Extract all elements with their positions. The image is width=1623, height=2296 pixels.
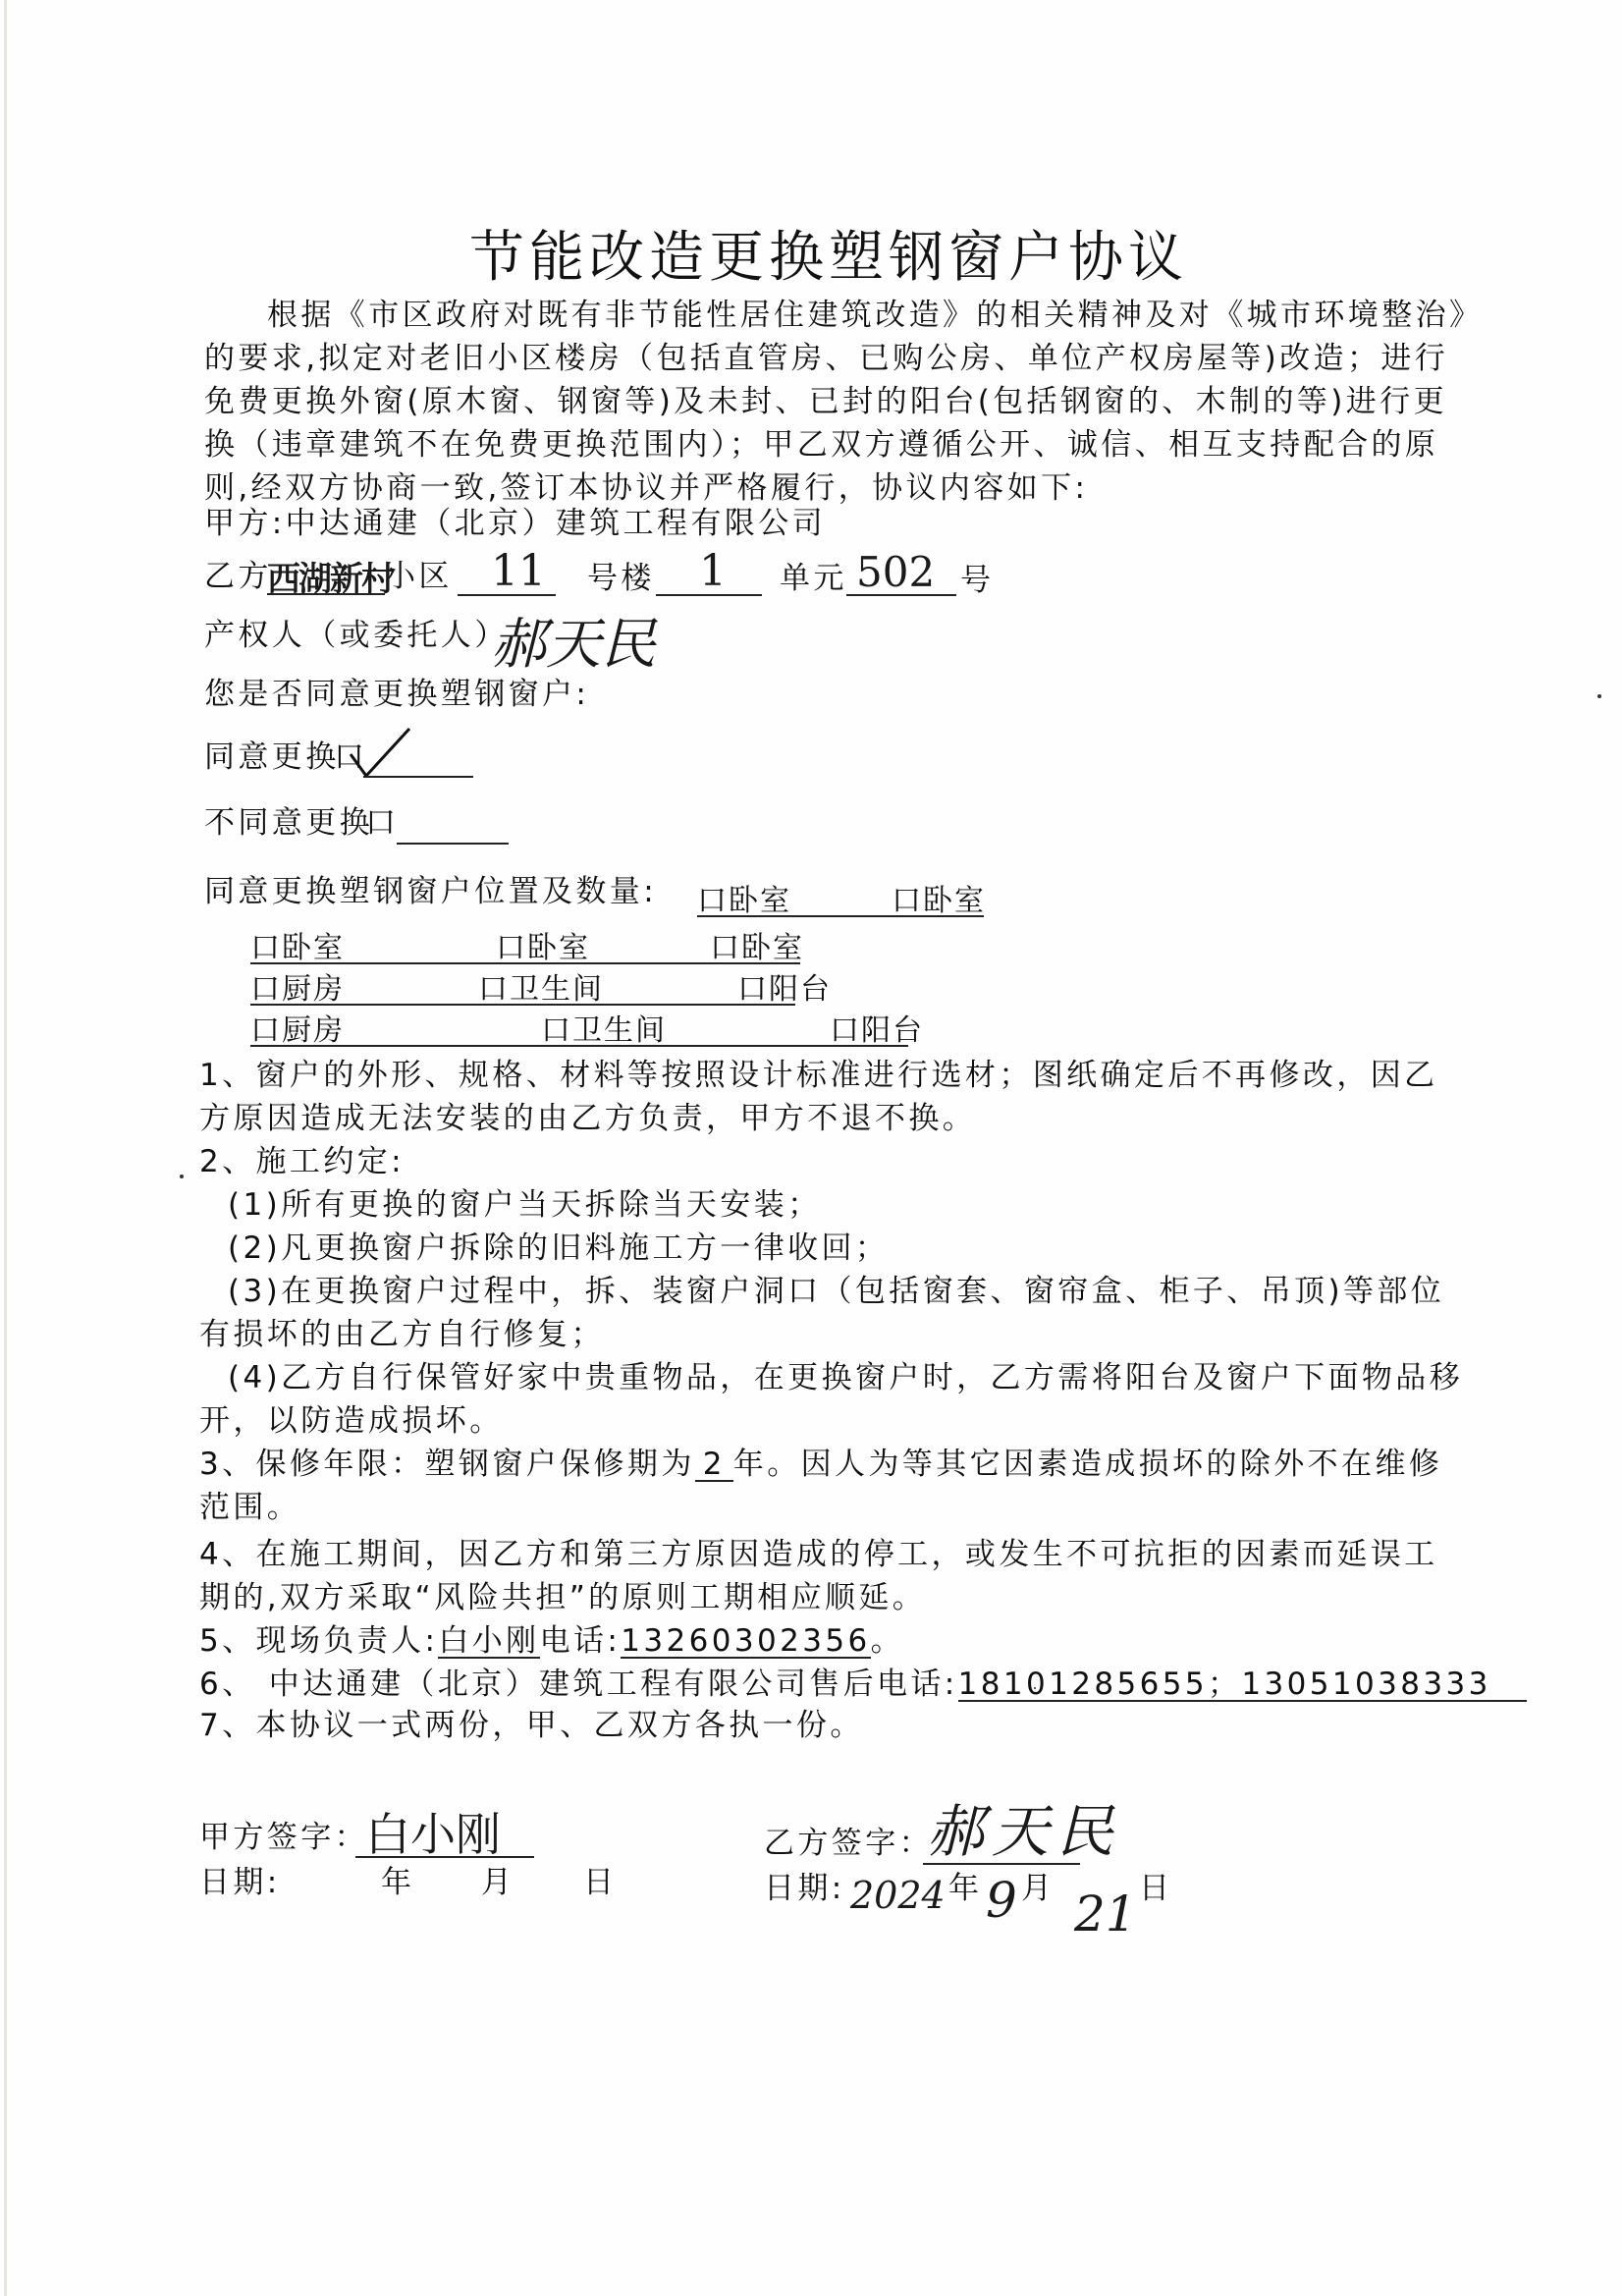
community-underline: [267, 593, 385, 595]
party-a-sign-label: 甲方签字：: [199, 1823, 368, 1853]
party-b-signature[interactable]: 郝天民: [927, 1785, 1121, 1868]
party-a-label: 甲方:: [204, 506, 286, 541]
clause-2-item-3-line-2: 有损坏的由乙方自行修复；: [199, 1320, 605, 1350]
scan-edge: [4, 0, 7, 2296]
scan-speck: [1034, 1687, 1036, 1689]
location-bedroom-option[interactable]: 口卧室: [710, 923, 804, 966]
site-manager-phone: 13260302356: [621, 1626, 870, 1659]
clause-2-item-2: (2)凡更换窗户拆除的旧料施工方一律收回；: [228, 1233, 889, 1264]
clause-2-item-3-line-1: (3)在更换窗户过程中，拆、装窗户洞口（包括窗套、窗帘盒、柜子、吊顶)等部位: [228, 1277, 1444, 1307]
after-sales-phones: 18101285655；13051038333: [958, 1669, 1527, 1702]
party-a-date-label: 日期:: [199, 1868, 281, 1898]
room-suffix: 号: [960, 566, 994, 596]
clause-5-end: 。: [871, 1623, 904, 1659]
clause-1-line-1: 1、窗户的外形、规格、材料等按照设计标准进行选材；图纸确定后不再修改，因乙: [199, 1061, 1438, 1091]
party-b-sign-label: 乙方签字：: [764, 1829, 933, 1859]
clause-1-line-2: 方原因造成无法安装的由乙方负责，甲方不退不换。: [199, 1104, 976, 1134]
party-a-signature[interactable]: 白小刚: [365, 1799, 501, 1864]
party-a-name: 中达通建（北京）建筑工程有限公司: [286, 506, 826, 541]
disagree-checkbox[interactable]: 口: [365, 808, 399, 839]
clause-5-phone-label: 电话:: [540, 1623, 622, 1659]
room-number-field[interactable]: 502: [856, 548, 935, 596]
disagree-label: 不同意更换: [204, 808, 373, 839]
location-kitchen-option[interactable]: 口厨房: [250, 964, 345, 1008]
owner-label: 产权人（或委托人）: [204, 621, 509, 651]
intro-line-1: 根据《市区政府对既有非节能性居住建筑改造》的相关精神及对《城市环境整治》: [267, 301, 1483, 331]
community-suffix: 小区: [385, 562, 453, 592]
clause-2-item-4-line-2: 开，以防造成损坏。: [199, 1406, 504, 1437]
clause-6-prefix: 6、 中达通建（北京）建筑工程有限公司售后电话:: [199, 1667, 958, 1702]
party-a-year-label: 年: [381, 1868, 414, 1898]
clause-3-prefix: 3、保修年限：塑钢窗户保修期为: [199, 1447, 695, 1482]
party-a-line: 甲方:中达通建（北京）建筑工程有限公司: [204, 509, 826, 539]
disagree-underline: [397, 843, 509, 845]
location-bathroom-option[interactable]: 口卫生间: [541, 1006, 667, 1049]
clause-2-item-1: (1)所有更换的窗户当天拆除当天安装；: [228, 1190, 822, 1221]
party-a-sign-underline: [355, 1856, 534, 1858]
unit-suffix: 单元: [780, 564, 847, 594]
party-b-month-label: 月: [1021, 1874, 1055, 1904]
location-bedroom-option[interactable]: 口卧室: [697, 876, 791, 919]
location-bedroom-option[interactable]: 口卧室: [892, 876, 986, 919]
intro-line-3: 免费更换外窗(原木窗、钢窗等)及未封、已封的阳台(包括钢窗的、木制的等)进行更: [204, 387, 1447, 417]
consent-question: 您是否同意更换塑钢窗户:: [204, 680, 589, 710]
location-kitchen-option[interactable]: 口厨房: [250, 1006, 345, 1049]
party-a-day-label: 日: [583, 1868, 617, 1898]
locations-label: 同意更换塑钢窗户位置及数量:: [204, 877, 657, 907]
party-b-sign-underline: [923, 1863, 1080, 1865]
party-b-label: 乙方: [204, 562, 272, 592]
clause-3-line-1: 3、保修年限：塑钢窗户保修期为2年。因人为等其它因素造成损坏的除外不在维修: [199, 1449, 1442, 1482]
intro-line-2: 的要求,拟定对老旧小区楼房（包括直管房、已购公房、单位产权房屋等)改造；进行: [204, 344, 1448, 374]
locations-row-1: 口卧室 口卧室 口卧室: [250, 923, 800, 964]
location-bedroom-option[interactable]: 口卧室: [250, 923, 345, 966]
document-title: 节能改造更换塑钢窗户协议: [469, 214, 1188, 293]
clause-4-line-2: 期的,双方采取“风险共担”的原则工期相应顺延。: [199, 1583, 926, 1613]
intro-line-5: 则,经双方协商一致,签订本协议并严格履行，协议内容如下:: [204, 473, 1088, 504]
agreement-page: 节能改造更换塑钢窗户协议 根据《市区政府对既有非节能性居住建筑改造》的相关精神及…: [0, 0, 1623, 2296]
clause-5-prefix: 5、现场负责人:: [199, 1623, 438, 1659]
warranty-years: 2: [695, 1449, 733, 1482]
party-b-year-label: 年: [948, 1874, 982, 1904]
party-b-day-label: 日: [1139, 1874, 1172, 1904]
building-number-field[interactable]: 11: [491, 546, 546, 596]
clause-4-line-1: 4、在施工期间，因乙方和第三方原因造成的停工，或发生不可抗拒的因素而延误工: [199, 1540, 1438, 1570]
clause-6: 6、 中达通建（北京）建筑工程有限公司售后电话:18101285655；1305…: [199, 1669, 1527, 1702]
clause-2-item-4-line-1: (4)乙方自行保管好家中贵重物品，在更换窗户时，乙方需将阳台及窗户下面物品移: [228, 1363, 1463, 1394]
locations-row-2: 口厨房 口卫生间 口阳台: [250, 964, 795, 1006]
location-balcony-option[interactable]: 口阳台: [737, 964, 832, 1008]
agree-underline: [363, 776, 473, 778]
clause-3-suffix: 年。因人为等其它因素造成损坏的除外不在维修: [733, 1447, 1442, 1482]
party-b-date-label: 日期:: [764, 1874, 845, 1904]
owner-signature[interactable]: 郝天民: [491, 601, 656, 680]
location-balcony-option[interactable]: 口阳台: [830, 1006, 924, 1049]
unit-number-field[interactable]: 1: [699, 546, 727, 596]
scan-speck: [1597, 694, 1601, 698]
scan-speck: [180, 1175, 184, 1178]
party-b-month[interactable]: 9: [986, 1872, 1017, 1929]
party-b-day[interactable]: 21: [1074, 1886, 1137, 1942]
location-bedroom-option[interactable]: 口卧室: [496, 923, 590, 966]
locations-row-3: 口厨房 口卫生间 口阳台: [250, 1006, 908, 1047]
clause-3-line-2: 范围。: [199, 1493, 300, 1523]
building-suffix: 号楼: [587, 564, 655, 594]
party-b-year[interactable]: 2024: [850, 1874, 946, 1917]
clause-5: 5、现场负责人:白小刚电话:13260302356。: [199, 1626, 904, 1659]
party-a-month-label: 月: [481, 1868, 514, 1898]
clause-2-title: 2、施工约定:: [199, 1147, 405, 1177]
intro-line-4: 换（违章建筑不在免费更换范围内）；甲乙双方遵循公开、诚信、相互支持配合的原: [204, 430, 1438, 461]
location-bathroom-option[interactable]: 口卫生间: [478, 964, 604, 1008]
agree-label: 同意更换: [204, 742, 340, 773]
locations-row-0: 口卧室 口卧室: [697, 876, 984, 917]
site-manager-name: 白小刚: [438, 1626, 539, 1659]
clause-7: 7、本协议一式两份，甲、乙双方各执一份。: [199, 1711, 864, 1741]
